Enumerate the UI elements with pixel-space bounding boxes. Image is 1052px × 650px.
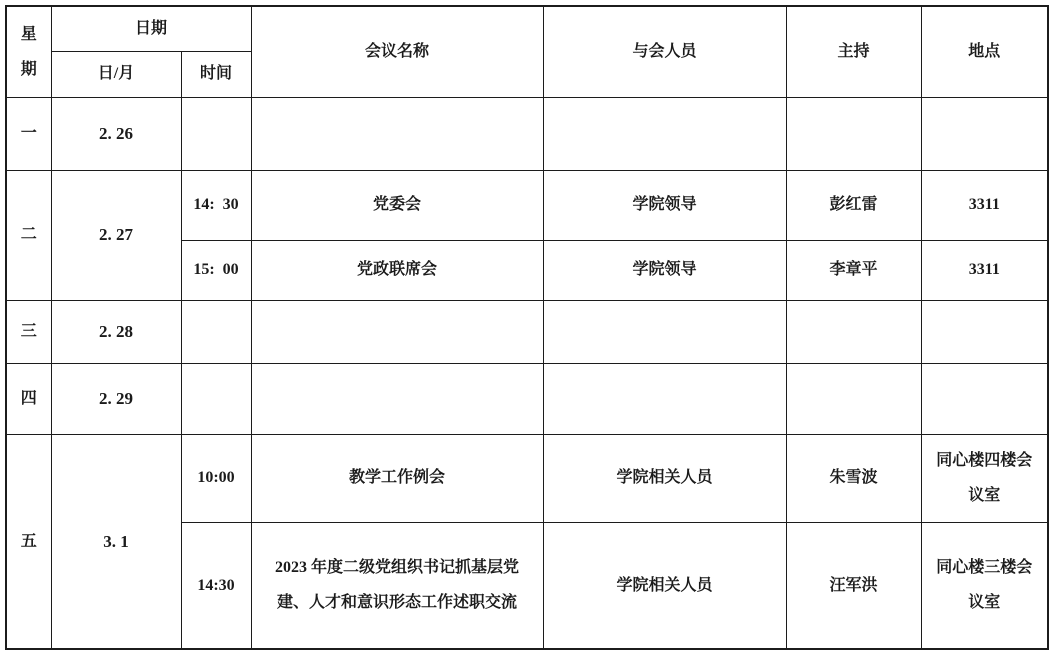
cell-host: 李章平	[786, 240, 921, 300]
header-location: 地点	[921, 6, 1048, 97]
cell-meeting-name: 教学工作例会	[251, 434, 543, 522]
cell-attendees: 学院相关人员	[543, 522, 786, 649]
cell-host: 朱雪波	[786, 434, 921, 522]
cell-attendees: 学院领导	[543, 240, 786, 300]
cell-week: 四	[6, 363, 51, 434]
cell-week: 三	[6, 300, 51, 363]
cell-time: 14:30	[181, 522, 251, 649]
header-host: 主持	[786, 6, 921, 97]
cell-meeting-name	[251, 300, 543, 363]
cell-date: 3. 1	[51, 434, 181, 649]
header-week: 星期	[6, 6, 51, 97]
header-time: 时间	[181, 51, 251, 97]
cell-attendees: 学院相关人员	[543, 434, 786, 522]
cell-location: 同心楼三楼会议室	[921, 522, 1048, 649]
cell-location	[921, 97, 1048, 170]
cell-host	[786, 97, 921, 170]
cell-meeting-name: 党政联席会	[251, 240, 543, 300]
cell-week: 二	[6, 170, 51, 300]
cell-time	[181, 97, 251, 170]
table-row-thursday: 四 2. 29	[6, 363, 1048, 434]
cell-location: 3311	[921, 240, 1048, 300]
cell-attendees	[543, 97, 786, 170]
cell-date: 2. 26	[51, 97, 181, 170]
table-row-tuesday-1: 二 2. 27 14: 30 党委会 学院领导 彭红雷 3311	[6, 170, 1048, 240]
cell-location: 同心楼四楼会议室	[921, 434, 1048, 522]
cell-time	[181, 363, 251, 434]
meeting-schedule-table: 星期 日期 会议名称 与会人员 主持 地点 日/月 时间 一 2. 26	[5, 5, 1049, 650]
cell-week: 一	[6, 97, 51, 170]
cell-host: 彭红雷	[786, 170, 921, 240]
cell-attendees	[543, 300, 786, 363]
document-page: 星期 日期 会议名称 与会人员 主持 地点 日/月 时间 一 2. 26	[0, 0, 1052, 650]
cell-meeting-name: 2023 年度二级党组织书记抓基层党建、人才和意识形态工作述职交流	[251, 522, 543, 649]
cell-attendees	[543, 363, 786, 434]
cell-date: 2. 28	[51, 300, 181, 363]
cell-week: 五	[6, 434, 51, 649]
header-attendees: 与会人员	[543, 6, 786, 97]
cell-location: 3311	[921, 170, 1048, 240]
cell-host: 汪军洪	[786, 522, 921, 649]
cell-time	[181, 300, 251, 363]
header-meeting-name: 会议名称	[251, 6, 543, 97]
cell-attendees: 学院领导	[543, 170, 786, 240]
cell-time: 10:00	[181, 434, 251, 522]
header-day-month: 日/月	[51, 51, 181, 97]
table-row-friday-1: 五 3. 1 10:00 教学工作例会 学院相关人员 朱雪波 同心楼四楼会议室	[6, 434, 1048, 522]
cell-location	[921, 363, 1048, 434]
cell-date: 2. 27	[51, 170, 181, 300]
cell-meeting-name: 党委会	[251, 170, 543, 240]
cell-location	[921, 300, 1048, 363]
header-date: 日期	[51, 6, 251, 51]
cell-meeting-name	[251, 363, 543, 434]
cell-host	[786, 300, 921, 363]
cell-host	[786, 363, 921, 434]
cell-time: 14: 30	[181, 170, 251, 240]
cell-time: 15: 00	[181, 240, 251, 300]
cell-meeting-name	[251, 97, 543, 170]
cell-date: 2. 29	[51, 363, 181, 434]
table-row-wednesday: 三 2. 28	[6, 300, 1048, 363]
table-row-monday: 一 2. 26	[6, 97, 1048, 170]
